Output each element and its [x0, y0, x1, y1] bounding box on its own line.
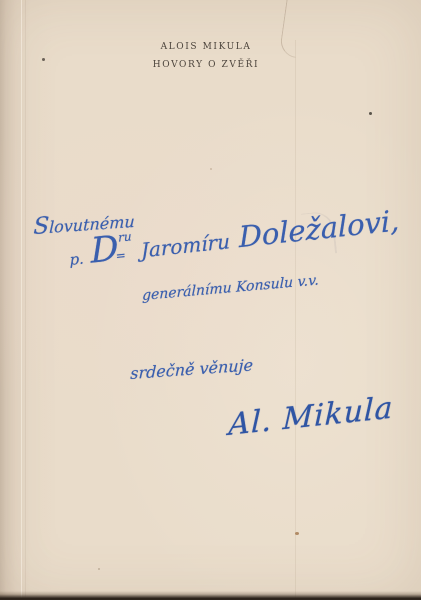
left-page-edge-shadow: [25, 0, 26, 600]
paper-speck: [98, 568, 100, 570]
vertical-paper-crease: [295, 40, 296, 600]
paper-speck: [295, 532, 299, 535]
dedication-abbrev-pan: p.: [69, 249, 84, 269]
paper-speck: [42, 58, 45, 61]
book-author: ALOIS MIKULA: [0, 43, 412, 52]
recipient-title: generálnímu Konsulu v.v.: [142, 272, 319, 304]
book-title: HOVORY O ZVĚŘI: [0, 61, 412, 70]
left-page-edge-crease: [21, 0, 22, 600]
scan-bottom-edge: [0, 591, 421, 600]
printed-header: ALOIS MIKULA HOVORY O ZVĚŘI: [0, 43, 412, 70]
paper-speck: [369, 112, 372, 115]
dedication-doctor-abbrev: Dru=: [90, 229, 133, 269]
author-signature: Al. Mikula: [228, 390, 394, 443]
paper-speck: [210, 168, 212, 170]
abbrev-underline-mark: =: [115, 248, 125, 263]
dedication-closing: srdečně věnuje: [130, 355, 253, 383]
book-page-scan: ALOIS MIKULA HOVORY O ZVĚŘI Slovutnému p…: [0, 0, 421, 600]
recipient-first-name: Jaromíru: [141, 229, 231, 262]
